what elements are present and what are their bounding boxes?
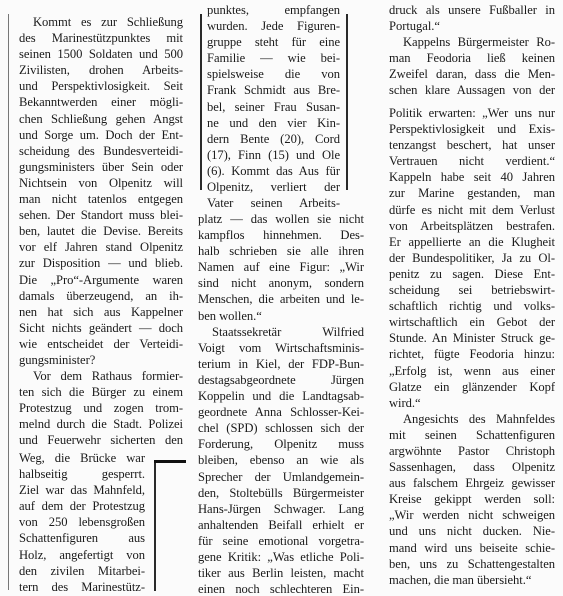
text-line: Forderung, Olpenitz muss	[198, 436, 364, 452]
text-line: Kommt es zur Schließung	[19, 14, 183, 30]
text-line: bel, seiner Frau Susan-	[207, 99, 340, 115]
text-line: Ziel war das Mahnfeld,	[19, 482, 145, 498]
text-line: Sassenhagen, dass Olpenitz	[389, 459, 555, 475]
text-line: Nichtsein von Olpenitz will	[19, 175, 183, 191]
text-line: Glatze ein glänzender Kopf	[389, 379, 555, 395]
text-line: und Sorge um. Doch der Ent-	[19, 127, 183, 143]
text-line: halb schrieben sie alle ihren	[198, 243, 364, 259]
text-line: argwöhnte Pastor Christoph	[389, 443, 555, 459]
text-line: einen noch schlechteren Ein-	[198, 581, 364, 596]
text-line: terium in Kiel, der FDP-Bun-	[198, 356, 364, 372]
text-line: zur Marine gestanden, man	[389, 185, 555, 201]
text-line: Vor dem Rathaus formier-	[19, 368, 183, 384]
text-line: anhaltenden Beifall erhielt er	[198, 517, 364, 533]
text-line: druck als unsere Fußballer in	[389, 2, 555, 18]
text-line: chen Schließung gehen Angst	[19, 111, 183, 127]
text-line: Staatssekretär Wilfried	[198, 324, 364, 340]
text-line: der Bundespolitiker, Ja zu Ol-	[389, 250, 555, 266]
text-line: seinen 1500 Soldaten und 500	[19, 46, 183, 62]
text-line: geordnete Anna Schlosser-Kei-	[198, 404, 364, 420]
text-line: kampflos hinnehmen. Des-	[198, 227, 364, 243]
text-line: schen klare Aussagen von der	[389, 82, 555, 98]
column-1-narrow: Weg, die Brücke warhalbseitig gesperrt.Z…	[19, 450, 145, 595]
text-line: Vater seinen Arbeits-	[207, 195, 340, 211]
text-line: nen hat sich aus Kappelner	[19, 304, 183, 320]
text-line: punktes, empfangen	[207, 2, 340, 18]
text-line: Kreise gekippt werden soll:	[389, 491, 555, 507]
text-line: sind nicht anonym, sondern	[198, 275, 364, 291]
text-line: Protestzug und zogen trom-	[19, 400, 183, 416]
text-line: des Marinestützpunktes mit	[19, 30, 183, 46]
text-line: auf dem der Protestzug	[19, 498, 145, 514]
text-line: Stunde. An Minister Struck ge-	[389, 330, 555, 346]
text-line: Zweifel daran, dass die Men-	[389, 66, 555, 82]
text-line: dürfe es nicht mit dem Verlust	[389, 202, 555, 218]
text-line: tiker aus Berlin leisten, macht	[198, 565, 364, 581]
text-line: gungsministers über Sein oder	[19, 159, 183, 175]
inset-rule-right	[346, 14, 348, 190]
column-2: platz — das wollen sie nichtkampflos hin…	[198, 211, 364, 596]
text-line: dern Bente (20), Cord	[207, 131, 340, 147]
text-line: bleiben, ebenso an wie als	[198, 452, 364, 468]
text-line: Holz, angefertigt von	[19, 547, 145, 563]
text-line: sehen. Der Standort muss blei-	[19, 207, 183, 223]
text-line: gruppe steht für eine	[207, 34, 340, 50]
text-line: Sprecher der Umlandgemein-	[198, 469, 364, 485]
text-line: ben wollen.“	[198, 308, 364, 324]
text-line: Die „Pro“-Argumente waren	[19, 272, 183, 288]
text-line: Hans-Jürgen Schwager. Lang	[198, 501, 364, 517]
text-line: Kappelns Bürgermeister Ro-	[389, 34, 555, 50]
text-line: Portugal.“	[389, 18, 555, 34]
text-line: „Erfolg ist, wenn aus einer	[389, 363, 555, 379]
text-line: von Arbeitsplätzen bestrafen.	[389, 218, 555, 234]
image-bracket-horizontal	[154, 460, 186, 463]
text-line: Namen auf eine Figur: „Wir	[198, 259, 364, 275]
text-line: Zivilisten, drohen Arbeits-	[19, 62, 183, 78]
text-line: man Feodoria ließ keinen	[389, 50, 555, 66]
text-line: Menschen, die arbeiten und le-	[198, 291, 364, 307]
text-line: scheidung des Bundesverteidi-	[19, 143, 183, 159]
text-line: man nicht tatenlos entgegen	[19, 191, 183, 207]
text-line: Angesichts des Mahnfeldes	[389, 411, 555, 427]
text-line: mand wird uns beiseite schie-	[389, 540, 555, 556]
text-line: schaftlich richtig und volks-	[389, 298, 555, 314]
text-line: Sicht nichts geändert — doch	[19, 320, 183, 336]
text-line: damals überzeugend, an ih-	[19, 288, 183, 304]
text-line: Schattenfiguren aus	[19, 530, 145, 546]
text-line: Bekanntwerden einer mögli-	[19, 94, 183, 110]
text-line: für seine emotional vorgetra-	[198, 533, 364, 549]
text-line: wird.“	[389, 395, 555, 411]
text-line: gungsminister?	[19, 352, 183, 368]
text-line: und uns nicht ducken. Nie-	[389, 523, 555, 539]
text-line: den, Stoltebülls Bürgermeister	[198, 485, 364, 501]
text-line: ne und den vier Kin-	[207, 115, 340, 131]
text-line: destagsabgeordnete Jürgen	[198, 372, 364, 388]
text-line: Er appellierte an die Klugheit	[389, 234, 555, 250]
text-line: „Wir werden nicht schweigen	[389, 507, 555, 523]
text-line: und Perspektivlosigkeit. Seit	[19, 78, 183, 94]
text-line: aus falschem Ehrgeiz gewisser	[389, 475, 555, 491]
text-line: ben, uns zu Schattengestalten	[389, 556, 555, 572]
text-line: ten sich die Bürger zu einem	[19, 384, 183, 400]
text-line: den zivilen Mitarbei-	[19, 563, 145, 579]
text-line: (6). Kommt das Aus für	[207, 163, 340, 179]
text-line: machen, die man übersieht.“	[389, 572, 555, 588]
text-line: spielsweise die von	[207, 66, 340, 82]
text-line: Olpenitz, verliert der	[207, 179, 340, 195]
left-margin-rule	[8, 14, 9, 590]
column-3-top: druck als unsere Fußballer inPortugal.“K…	[389, 2, 555, 99]
text-line: Weg, die Brücke war	[19, 450, 145, 466]
text-line: Familie — wie bei-	[207, 50, 340, 66]
text-line: Frank Schmidt aus Bre-	[207, 82, 340, 98]
text-line: richtet, fügte Feodoria hinzu:	[389, 346, 555, 362]
text-line: wurden. Jede Figuren-	[207, 18, 340, 34]
text-line: gene Kritik: „Was etliche Poli-	[198, 549, 364, 565]
text-line: Koppelin und die Landtagsab-	[198, 388, 364, 404]
text-line: Voigt vom Wirtschaftsminis-	[198, 340, 364, 356]
inset-rule-left	[200, 14, 202, 190]
text-line: platz — das wollen sie nicht	[198, 211, 364, 227]
text-line: von 250 lebensgroßen	[19, 514, 145, 530]
text-line: wirtschaftlich ein Gebot der	[389, 314, 555, 330]
text-line: wie entscheidet der Verteidi-	[19, 336, 183, 352]
column-2-narrow: punktes, empfangenwurden. Jede Figuren-g…	[207, 2, 340, 211]
text-line: penitz zu sagen. Diese Ent-	[389, 266, 555, 282]
column-1: Kommt es zur Schließungdes Marinestützpu…	[19, 14, 183, 449]
text-line: vor elf Jahren stand Olpenitz	[19, 239, 183, 255]
column-3: Politik erwarten: „Wer uns nurPerspektiv…	[389, 105, 555, 588]
text-line: Kappeln habe seit 40 Jahren	[389, 169, 555, 185]
text-line: mit seinen Schattenfiguren	[389, 427, 555, 443]
text-line: scheidung sei betriebswirt-	[389, 282, 555, 298]
text-line: Perspektivlosigkeit und Exis-	[389, 121, 555, 137]
text-line: Politik erwarten: „Wer uns nur	[389, 105, 555, 121]
text-line: halbseitig gesperrt.	[19, 466, 145, 482]
text-line: und Feuerwehr sicherten den	[19, 432, 183, 448]
text-line: zur Disposition — und blieb.	[19, 255, 183, 271]
text-line: chel (SPD) schlossen sich der	[198, 420, 364, 436]
text-line: (17), Finn (15) und Ole	[207, 147, 340, 163]
text-line: melnd durch die Stadt. Polizei	[19, 416, 183, 432]
image-bracket-vertical	[154, 461, 156, 591]
text-line: tern des Marinestütz-	[19, 579, 145, 595]
text-line: tenzangst beschert, hat unser	[389, 137, 555, 153]
text-line: Vertrauen nicht verdient.“	[389, 153, 555, 169]
text-line: ben, lautet die Devise. Bereits	[19, 223, 183, 239]
